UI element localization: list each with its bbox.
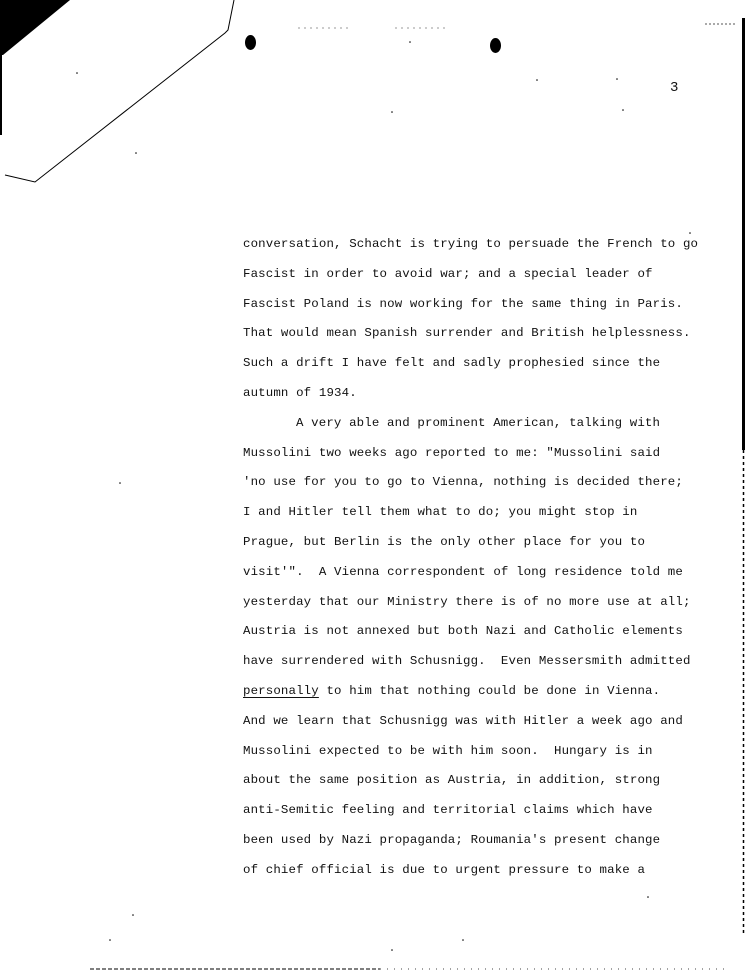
letter-body: conversation, Schacht is trying to persu…: [243, 230, 733, 886]
text-line-with-underline: personally to him that nothing could be …: [243, 677, 733, 707]
text-line: Fascist in order to avoid war; and a spe…: [243, 260, 733, 290]
text-line: conversation, Schacht is trying to persu…: [243, 230, 733, 260]
corner-fold-line: [5, 0, 234, 182]
paragraph-1: conversation, Schacht is trying to persu…: [243, 230, 733, 409]
text-line: of chief official is due to urgent press…: [243, 856, 733, 886]
text-line: been used by Nazi propaganda; Roumania's…: [243, 826, 733, 856]
punch-hole-right: [490, 38, 501, 53]
document-page: 3 conversation, Schacht is trying to per…: [0, 0, 750, 972]
text-line: And we learn that Schusnigg was with Hit…: [243, 707, 733, 737]
text-line: Austria is not annexed but both Nazi and…: [243, 617, 733, 647]
text-line: I and Hitler tell them what to do; you m…: [243, 498, 733, 528]
text-line-rest: to him that nothing could be done in Vie…: [319, 684, 660, 698]
page-number: 3: [670, 80, 678, 96]
punch-hole-left: [245, 35, 256, 50]
text-line: about the same position as Austria, in a…: [243, 766, 733, 796]
underlined-word: personally: [243, 684, 319, 698]
right-edge-line: [742, 18, 745, 450]
text-line: yesterday that our Ministry there is of …: [243, 588, 733, 618]
text-line: have surrendered with Schusnigg. Even Me…: [243, 647, 733, 677]
paragraph-2: A very able and prominent American, talk…: [243, 409, 733, 886]
text-line: Mussolini two weeks ago reported to me: …: [243, 439, 733, 469]
text-line: 'no use for you to go to Vienna, nothing…: [243, 468, 733, 498]
left-edge-shadow: [0, 50, 2, 135]
text-line: Prague, but Berlin is the only other pla…: [243, 528, 733, 558]
text-line: Such a drift I have felt and sadly proph…: [243, 349, 733, 379]
text-line: autumn of 1934.: [243, 379, 733, 409]
text-line: Fascist Poland is now working for the sa…: [243, 290, 733, 320]
text-line: That would mean Spanish surrender and Br…: [243, 319, 733, 349]
text-line: A very able and prominent American, talk…: [243, 409, 733, 439]
corner-shadow: [0, 0, 70, 55]
text-line: Mussolini expected to be with him soon. …: [243, 737, 733, 767]
text-line: visit'". A Vienna correspondent of long …: [243, 558, 733, 588]
text-line: anti-Semitic feeling and territorial cla…: [243, 796, 733, 826]
